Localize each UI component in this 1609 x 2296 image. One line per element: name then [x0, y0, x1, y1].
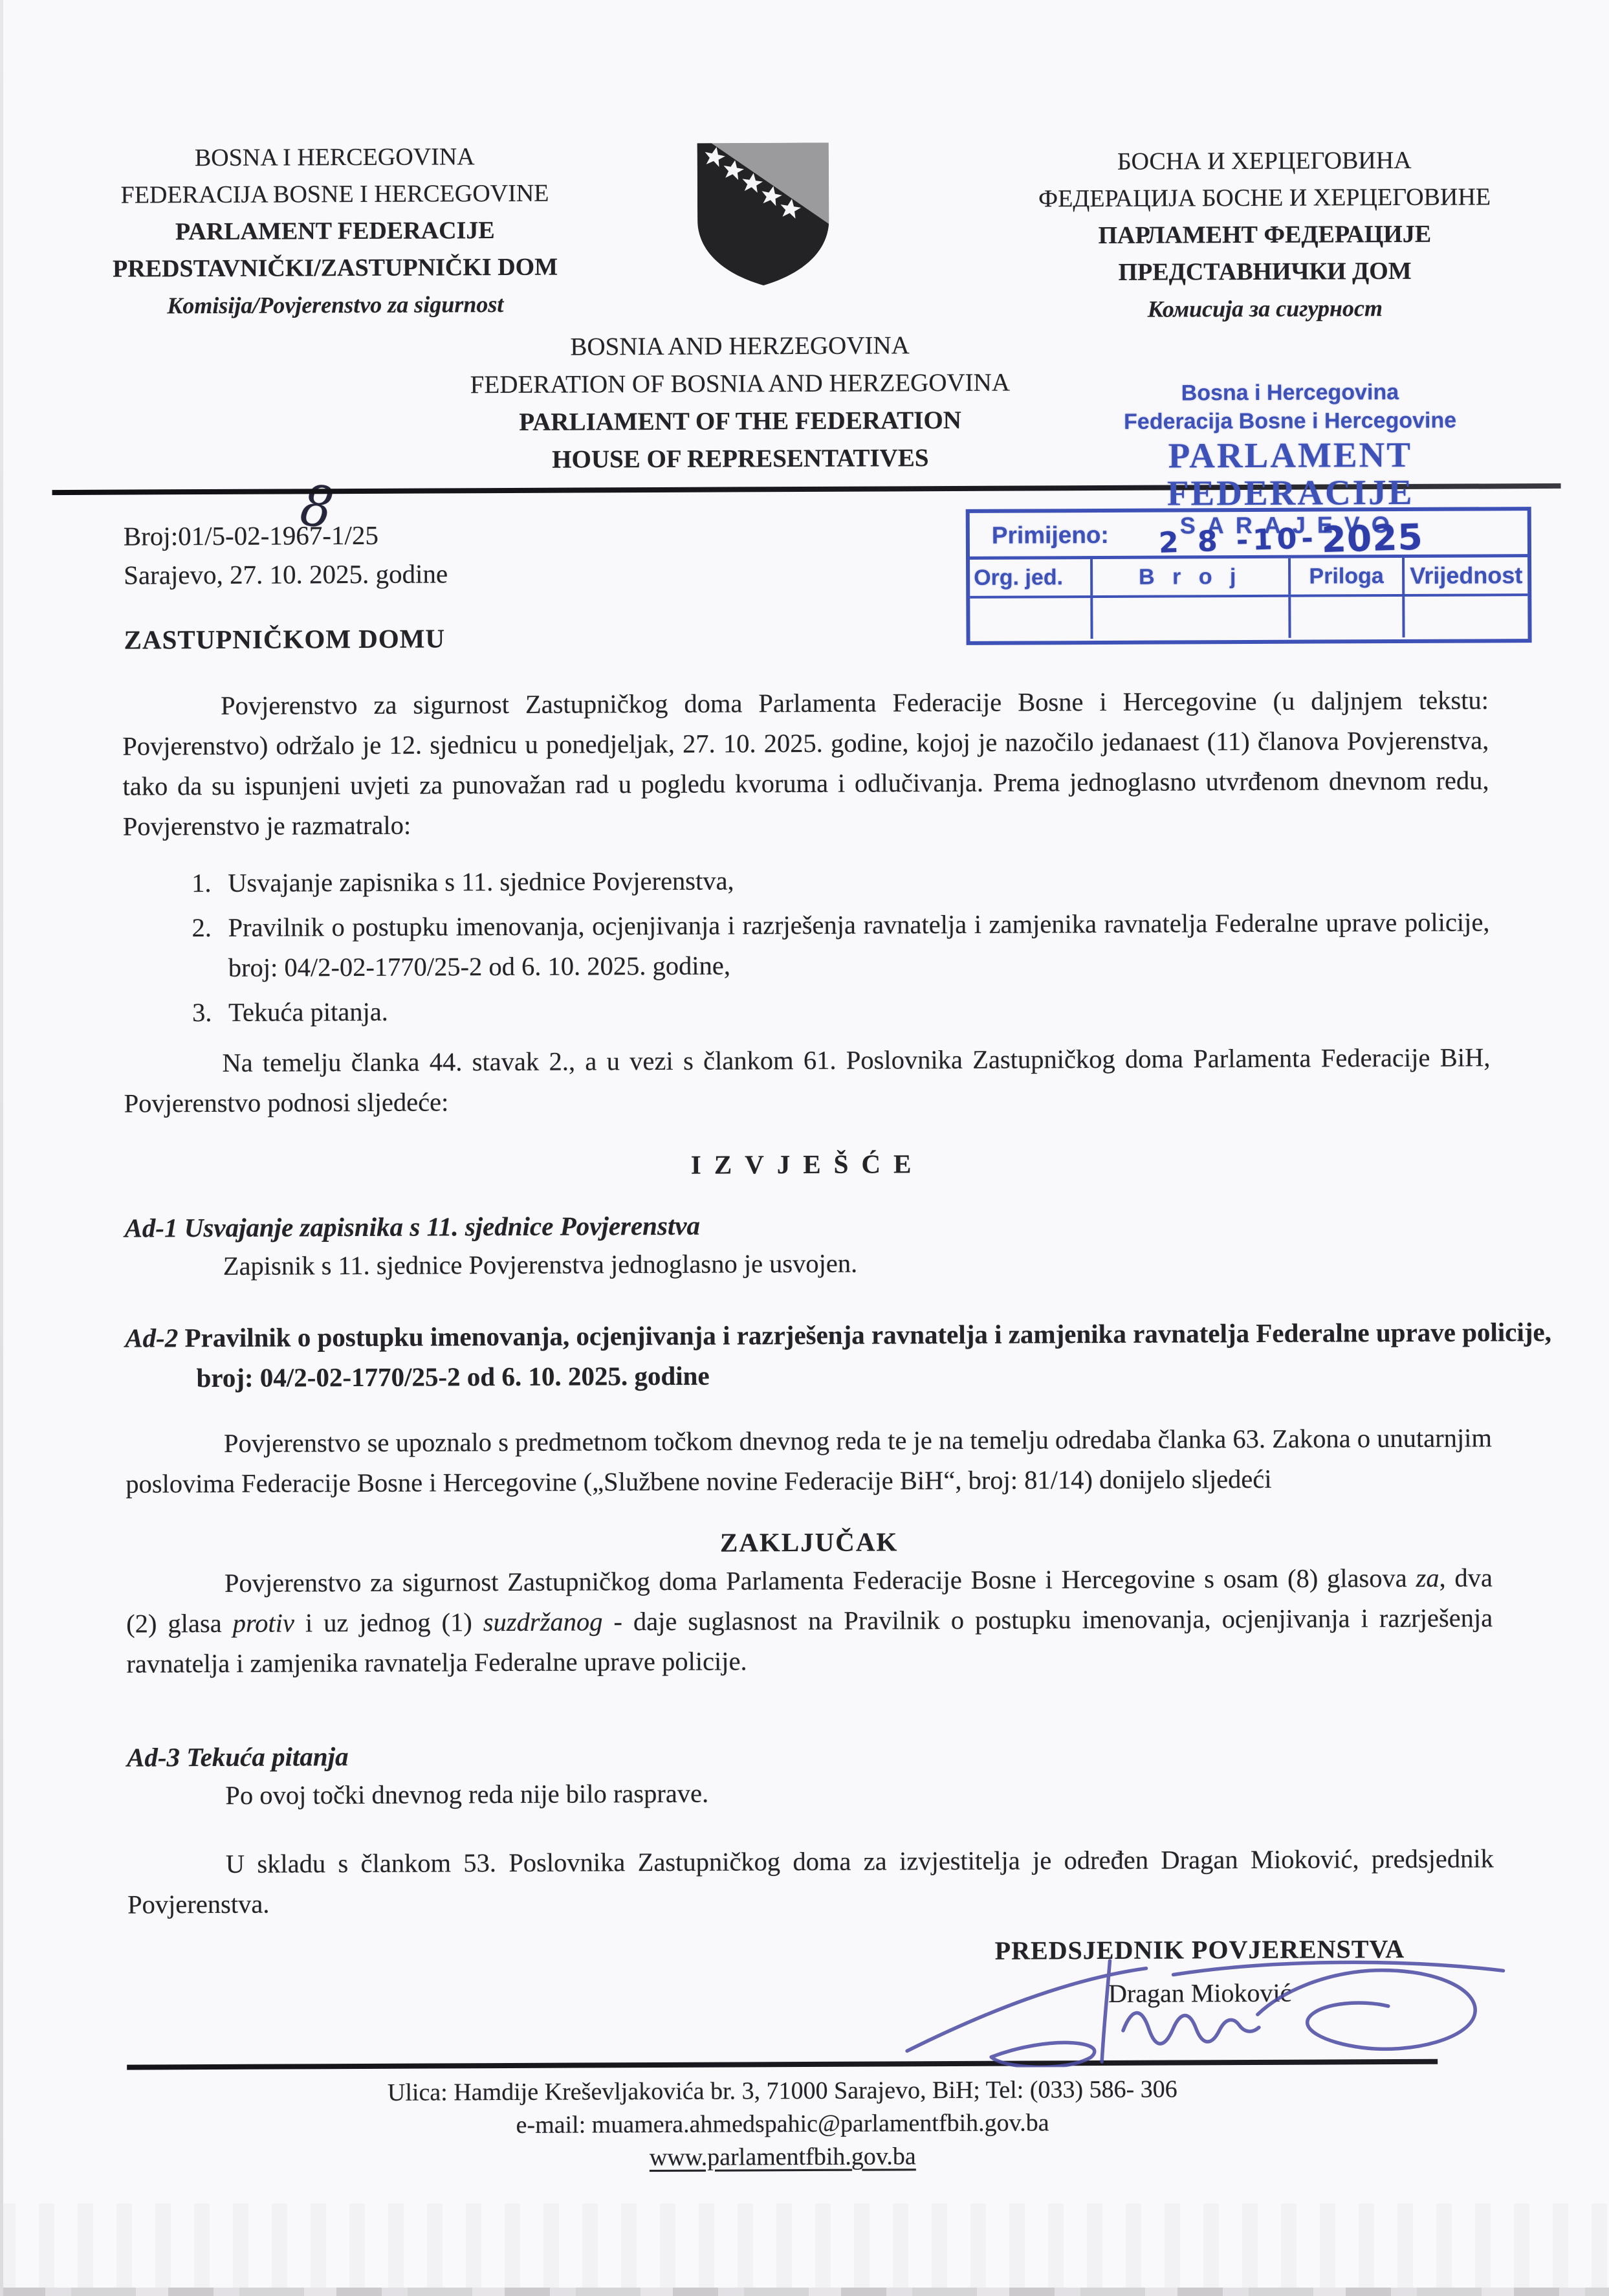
ad2-heading: Ad-2 Pravilnik o postupku imenovanja, oc… — [125, 1312, 1563, 1398]
header-line: FEDERACIJA BOSNE I HERCEGOVINE — [78, 175, 591, 214]
footer-email: e-mail: muamera.ahmedspahic@parlamentfbi… — [127, 2105, 1438, 2144]
scan-noise — [0, 2203, 1609, 2288]
report-title: IZVJEŠĆE — [124, 1141, 1491, 1187]
z-vote-suzdrzan: suzdržanog — [483, 1607, 603, 1637]
z-text: Povjerenstvo za sigurnost Zastupničkog d… — [224, 1563, 1416, 1598]
header-line: ФЕДЕРАЦИЈА БОСНЕ И ХЕРЦЕГОВИНЕ — [995, 179, 1533, 218]
header-line: HOUSE OF REPRESENTATIVES — [397, 439, 1084, 480]
z-vote-za: za — [1416, 1563, 1439, 1593]
scan-edge-bar — [0, 2288, 1609, 2296]
coat-of-arms-bih — [676, 133, 850, 291]
stamp-line: Bosna i Hercegovina — [1044, 377, 1537, 408]
corrected-digit-wrap: 78 — [309, 516, 323, 555]
signature-scribble — [895, 1950, 1518, 2068]
stamp-empty-cell — [1093, 597, 1291, 639]
ad2-paragraph: Povjerenstvo se upoznalo s predmetnom to… — [126, 1418, 1493, 1504]
stamp-col-priloga: Priloga — [1291, 558, 1405, 595]
ad2-label: Ad-2 — [125, 1323, 178, 1352]
ad2-heading-text: Pravilnik o postupku imenovanja, ocjenji… — [184, 1317, 1551, 1393]
addressee-line: ZASTUPNIČKOM DOMU — [124, 623, 445, 655]
stamp-line: PARLAMENT FEDERACIJE — [1044, 436, 1537, 513]
ad3-text: Po ovoj točki dnevnog reda nije bilo ras… — [127, 1770, 1493, 1816]
footer-address: Ulica: Hamdije Kreševljakovića br. 3, 71… — [127, 2072, 1438, 2111]
z-text: i uz jednog (1) — [294, 1607, 483, 1637]
header-line: Komisija/Povjerenstvo za sigurnost — [79, 285, 591, 324]
list-item-text: Tekuća pitanja. — [228, 997, 388, 1027]
stamp-date-daymonth: 2 8 -10- — [1158, 522, 1318, 559]
header-right-cyrillic: БОСНА И ХЕРЦЕГОВИНА ФЕДЕРАЦИЈА БОСНЕ И Х… — [995, 142, 1534, 329]
paragraph-legal-basis: Na temelju članka 44. stavak 2., a u vez… — [124, 1037, 1491, 1123]
stamp-line: Federacija Bosne i Hercegovine — [1044, 406, 1537, 436]
stamp-col-broj: B r o j — [1093, 558, 1291, 595]
scanned-document-page: BOSNA I HERCEGOVINA FEDERACIJA BOSNE I H… — [0, 0, 1609, 2296]
header-line: БОСНА И ХЕРЦЕГОВИНА — [995, 142, 1533, 181]
stamp-received-label: Primijeno: — [992, 522, 1109, 549]
place-date-line: Sarajevo, 27. 10. 2025. godine — [124, 553, 738, 594]
list-item-text: Usvajanje zapisnika s 11. sjednice Povje… — [228, 866, 734, 897]
list-item: 2.Pravilnik o postupku imenovanja, ocjen… — [123, 902, 1490, 988]
list-item-number: 1. — [192, 863, 212, 903]
list-item: 3.Tekuća pitanja. — [124, 987, 1490, 1033]
document-number-suffix: -1/25 — [322, 520, 378, 550]
ad1-text: Zapisnik s 11. sjednice Povjerenstva jed… — [125, 1241, 1491, 1286]
stamp-col-org-jed: Org. jed. — [970, 559, 1093, 596]
list-item-number: 3. — [192, 993, 212, 1033]
stamp-received-row: Primijeno: 2 8 -10-2025 — [970, 511, 1527, 560]
stamp-col-vrijednost: Vrijednost — [1405, 557, 1527, 594]
list-item-text: Pravilnik o postupku imenovanja, ocjenji… — [228, 907, 1489, 982]
stamp-received-date: 2 8 -10-2025 — [1158, 512, 1419, 561]
header-line: ПАРЛАМЕНТ ФЕДЕРАЦИЈЕ — [996, 215, 1534, 255]
header-english: BOSNIA AND HERZEGOVINA FEDERATION OF BOS… — [396, 326, 1084, 480]
stamp-table-header-row: Org. jed. B r o j Priloga Vrijednost — [970, 557, 1527, 599]
header-left-bosnian: BOSNA I HERCEGOVINA FEDERACIJA BOSNE I H… — [78, 138, 591, 324]
agenda-list: 1.Usvajanje zapisnika s 11. sjednice Pov… — [123, 857, 1490, 1033]
stamp-table-empty-row — [970, 596, 1527, 639]
header-line: PARLIAMENT OF THE FEDERATION — [397, 401, 1084, 442]
stamp-empty-cell — [970, 598, 1093, 639]
closing-paragraph: U skladu s člankom 53. Poslovnika Zastup… — [127, 1838, 1494, 1925]
document-number-prefix: Broj:01/5-02-196 — [124, 520, 309, 551]
z-vote-protiv: protiv — [233, 1608, 294, 1637]
header-line: Комисија за сигурност — [996, 289, 1534, 329]
header-line: PARLAMENT FEDERACIJE — [79, 212, 591, 250]
footer: Ulica: Hamdije Kreševljakovića br. 3, 71… — [127, 2072, 1438, 2177]
footer-website: www.parlamentfbih.gov.ba — [127, 2138, 1438, 2177]
header-line: BOSNIA AND HERZEGOVINA — [396, 326, 1083, 367]
header-line: FEDERATION OF BOSNIA AND HERZEGOVINA — [397, 364, 1084, 404]
receipt-stamp-box: Primijeno: 2 8 -10-2025 Org. jed. B r o … — [966, 507, 1532, 645]
list-item: 1.Usvajanje zapisnika s 11. sjednice Pov… — [123, 857, 1489, 903]
stamp-empty-cell — [1405, 596, 1528, 637]
document-number-line: Broj:01/5-02-19678-1/25 — [124, 514, 738, 555]
stamp-date-year: 2025 — [1321, 516, 1424, 560]
stamp-empty-cell — [1291, 597, 1405, 638]
header-line: BOSNA I HERCEGOVINA — [78, 138, 591, 177]
list-item-number: 2. — [192, 908, 212, 948]
paragraph-intro: Povjerenstvo za sigurnost Zastupničkog d… — [122, 680, 1489, 846]
header-line: ПРЕДСТАВНИЧКИ ДОМ — [996, 252, 1534, 292]
scan-edge-left — [0, 0, 3, 2296]
header-line: PREDSTAVNIČKI/ZASTUPNIČKI DOM — [79, 248, 591, 287]
zakljucak-paragraph: Povjerenstvo za sigurnost Zastupničkog d… — [126, 1558, 1493, 1684]
document-meta: Broj:01/5-02-19678-1/25 Sarajevo, 27. 10… — [124, 514, 739, 594]
